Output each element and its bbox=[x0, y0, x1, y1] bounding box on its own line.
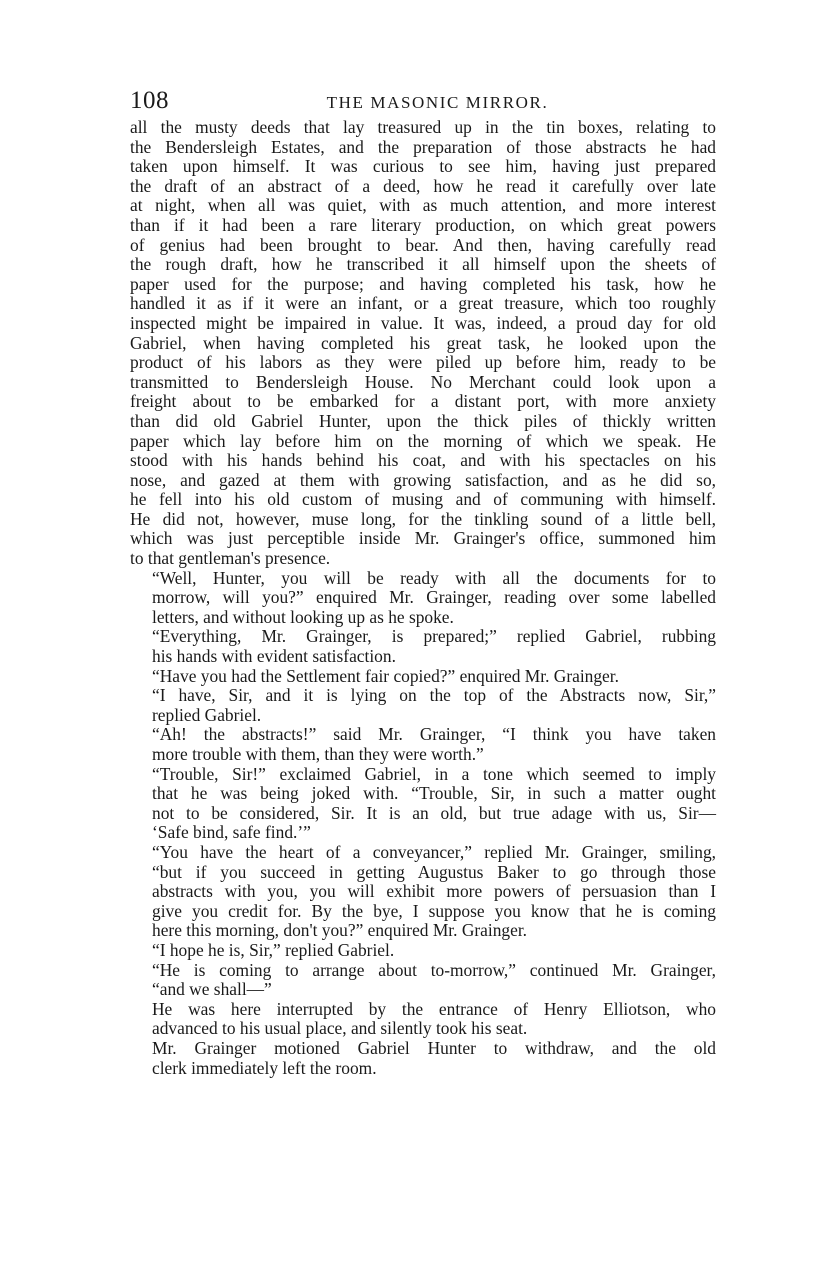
text-line: He was here interrupted by the entrance … bbox=[130, 1000, 716, 1020]
text-line: “I hope he is, Sir,” replied Gabriel. bbox=[130, 941, 716, 961]
text-line: here this morning, don't you?” enquired … bbox=[130, 921, 716, 941]
text-line: “Well, Hunter, you will be ready with al… bbox=[130, 569, 716, 589]
text-line: letters, and without looking up as he sp… bbox=[130, 608, 716, 628]
text-line: He did not, however, muse long, for the … bbox=[130, 510, 716, 530]
text-line: replied Gabriel. bbox=[130, 706, 716, 726]
text-line: taken upon himself. It was curious to se… bbox=[130, 157, 716, 177]
text-line: “Have you had the Settlement fair copied… bbox=[130, 667, 716, 687]
text-line: “You have the heart of a conveyancer,” r… bbox=[130, 843, 716, 863]
paragraph: “Everything, Mr. Grainger, is prepared;”… bbox=[130, 627, 716, 666]
page-header: 108 THE MASONIC MIRROR. bbox=[130, 86, 715, 116]
text-line: paper used for the purpose; and having c… bbox=[130, 275, 716, 295]
text-line: product of his labors as they were piled… bbox=[130, 353, 716, 373]
text-line: clerk immediately left the room. bbox=[130, 1059, 716, 1079]
text-line: more trouble with them, than they were w… bbox=[130, 745, 716, 765]
text-line: than if it had been a rare literary prod… bbox=[130, 216, 716, 236]
text-line: Gabriel, when having completed his great… bbox=[130, 334, 716, 354]
text-line: the draft of an abstract of a deed, how … bbox=[130, 177, 716, 197]
text-line: inspected might be impaired in value. It… bbox=[130, 314, 716, 334]
book-page: 108 THE MASONIC MIRROR. all the musty de… bbox=[0, 0, 826, 1288]
text-line: freight about to be embarked for a dista… bbox=[130, 392, 716, 412]
text-line: transmitted to Bendersleigh House. No Me… bbox=[130, 373, 716, 393]
text-line: “and we shall—” bbox=[130, 980, 716, 1000]
paragraph: “Have you had the Settlement fair copied… bbox=[130, 667, 716, 687]
paragraph: “Trouble, Sir!” exclaimed Gabriel, in a … bbox=[130, 765, 716, 843]
running-title: THE MASONIC MIRROR. bbox=[130, 90, 715, 116]
text-line: his hands with evident satisfaction. bbox=[130, 647, 716, 667]
text-line: “I have, Sir, and it is lying on the top… bbox=[130, 686, 716, 706]
paragraph: Mr. Grainger motioned Gabriel Hunter to … bbox=[130, 1039, 716, 1078]
text-line: give you credit for. By the bye, I suppo… bbox=[130, 902, 716, 922]
text-line: the Bendersleigh Estates, and the prepar… bbox=[130, 138, 716, 158]
text-line: the rough draft, how he transcribed it a… bbox=[130, 255, 716, 275]
text-line: stood with his hands behind his coat, an… bbox=[130, 451, 716, 471]
text-line: “but if you succeed in getting Augustus … bbox=[130, 863, 716, 883]
text-line: ‘Safe bind, safe find.’” bbox=[130, 823, 716, 843]
paragraph: “Ah! the abstracts!” said Mr. Grainger, … bbox=[130, 725, 716, 764]
text-line: than did old Gabriel Hunter, upon the th… bbox=[130, 412, 716, 432]
body-text: all the musty deeds that lay treasured u… bbox=[130, 118, 716, 1078]
text-line: handled it as if it were an infant, or a… bbox=[130, 294, 716, 314]
text-line: which was just perceptible inside Mr. Gr… bbox=[130, 529, 716, 549]
text-line: “Trouble, Sir!” exclaimed Gabriel, in a … bbox=[130, 765, 716, 785]
text-line: morrow, will you?” enquired Mr. Grainger… bbox=[130, 588, 716, 608]
text-line: abstracts with you, you will exhibit mor… bbox=[130, 882, 716, 902]
text-line: paper which lay before him on the mornin… bbox=[130, 432, 716, 452]
text-line: of genius had been brought to bear. And … bbox=[130, 236, 716, 256]
text-line: “He is coming to arrange about to-morrow… bbox=[130, 961, 716, 981]
text-line: to that gentleman's presence. bbox=[130, 549, 716, 569]
text-line: at night, when all was quiet, with as mu… bbox=[130, 196, 716, 216]
paragraph: all the musty deeds that lay treasured u… bbox=[130, 118, 716, 569]
text-line: nose, and gazed at them with growing sat… bbox=[130, 471, 716, 491]
text-line: “Ah! the abstracts!” said Mr. Grainger, … bbox=[130, 725, 716, 745]
text-line: that he was being joked with. “Trouble, … bbox=[130, 784, 716, 804]
paragraph: “Well, Hunter, you will be ready with al… bbox=[130, 569, 716, 628]
text-line: advanced to his usual place, and silentl… bbox=[130, 1019, 716, 1039]
paragraph: “I have, Sir, and it is lying on the top… bbox=[130, 686, 716, 725]
text-line: “Everything, Mr. Grainger, is prepared;”… bbox=[130, 627, 716, 647]
text-line: Mr. Grainger motioned Gabriel Hunter to … bbox=[130, 1039, 716, 1059]
paragraph: He was here interrupted by the entrance … bbox=[130, 1000, 716, 1039]
text-line: all the musty deeds that lay treasured u… bbox=[130, 118, 716, 138]
text-line: he fell into his old custom of musing an… bbox=[130, 490, 716, 510]
paragraph: “You have the heart of a conveyancer,” r… bbox=[130, 843, 716, 941]
paragraph: “I hope he is, Sir,” replied Gabriel. bbox=[130, 941, 716, 961]
text-line: not to be considered, Sir. It is an old,… bbox=[130, 804, 716, 824]
paragraph: “He is coming to arrange about to-morrow… bbox=[130, 961, 716, 1000]
